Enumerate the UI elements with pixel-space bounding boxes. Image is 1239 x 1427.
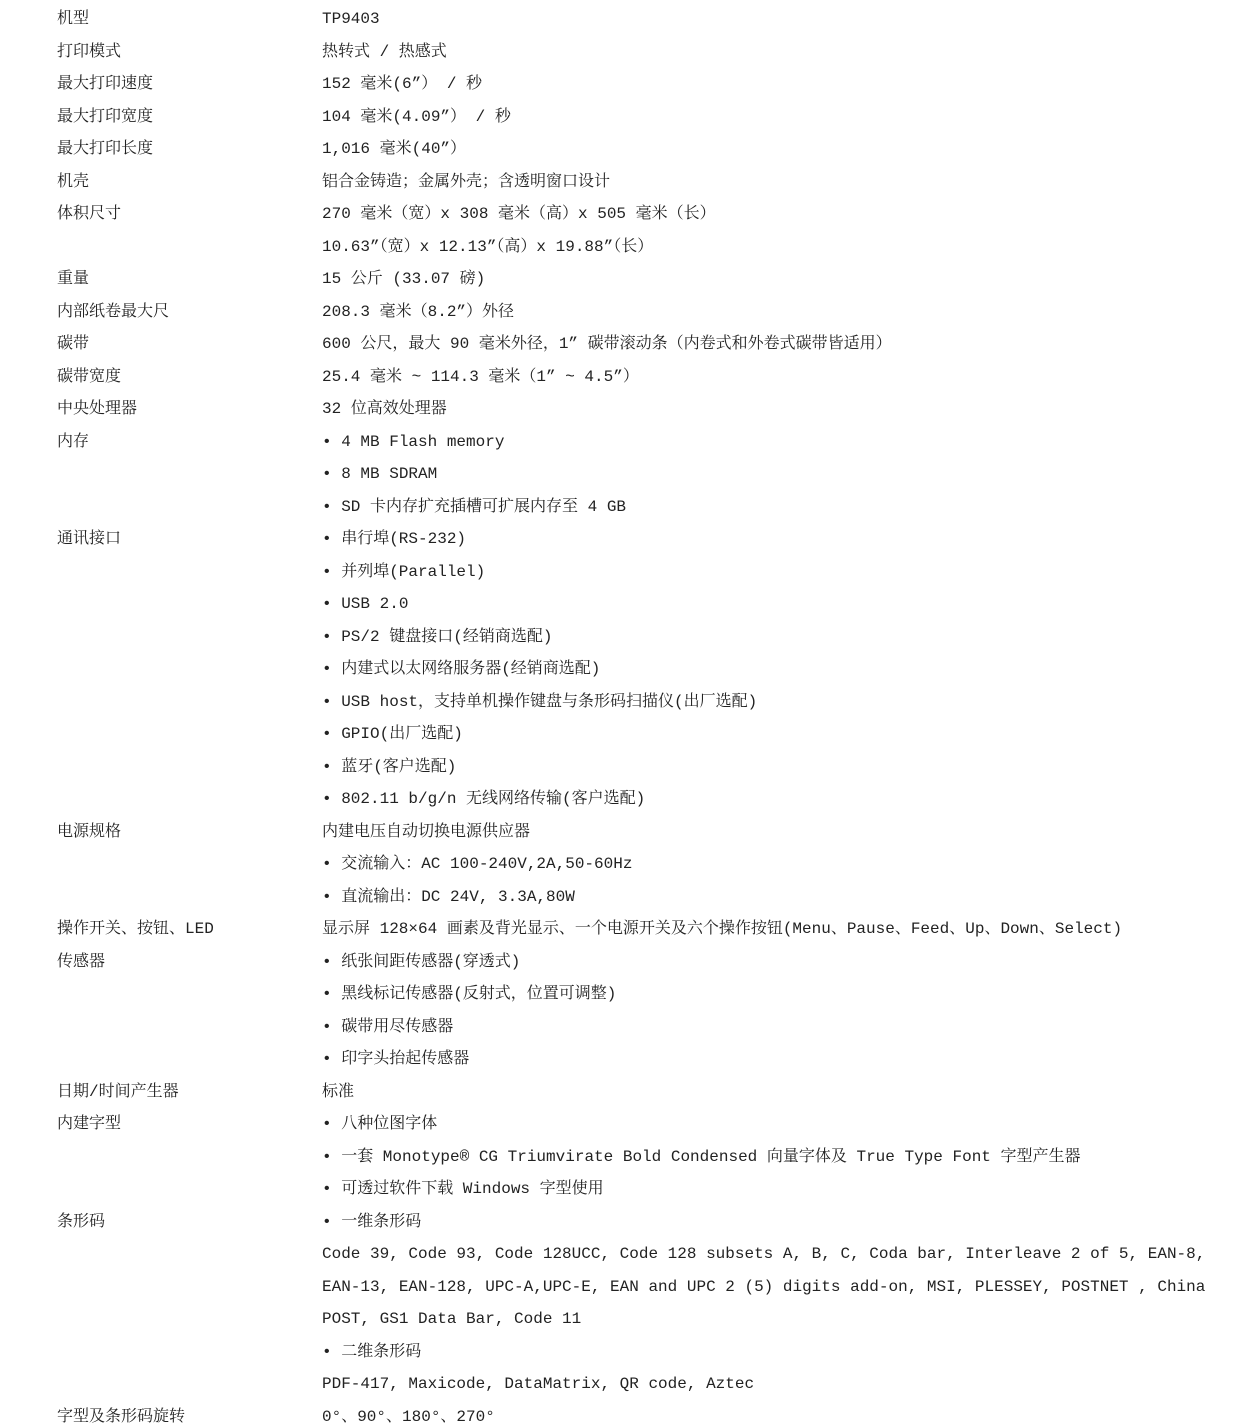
spec-value-lines: • 串行埠(RS-232)• 并列埠(Parallel)• USB 2.0• P… <box>322 523 1239 816</box>
spec-label: 电源规格 <box>57 816 322 849</box>
spec-value-lines: 32 位高效处理器 <box>322 393 1239 426</box>
spec-label: 打印模式 <box>57 36 322 69</box>
spec-value-line: 10.63”（宽）x 12.13”（高）x 19.88”（长） <box>322 231 1239 264</box>
spec-value-line: • 串行埠(RS-232) <box>322 523 1239 556</box>
spec-label: 内建字型 <box>57 1108 322 1141</box>
spec-row: 碳带宽度 25.4 毫米 ~ 114.3 毫米（1” ~ 4.5”） <box>57 361 1239 394</box>
spec-value-line: POST, GS1 Data Bar, Code 11 <box>322 1303 1239 1336</box>
spec-row: 日期/时间产生器 标准 <box>57 1076 1239 1109</box>
spec-value-line: • 8 MB SDRAM <box>322 458 1239 491</box>
spec-label: 日期/时间产生器 <box>57 1076 322 1109</box>
spec-value-lines: • 一维条形码Code 39, Code 93, Code 128UCC, Co… <box>322 1206 1239 1401</box>
spec-value-line: EAN-13, EAN-128, UPC-A,UPC-E, EAN and UP… <box>322 1271 1239 1304</box>
spec-value-line: • 一套 Monotype® CG Triumvirate Bold Conde… <box>322 1141 1239 1174</box>
spec-value-lines: • 纸张间距传感器(穿透式)• 黑线标记传感器(反射式，位置可调整)• 碳带用尽… <box>322 946 1239 1076</box>
spec-value-line: 600 公尺，最大 90 毫米外径，1” 碳带滚动条（内卷式和外卷式碳带皆适用） <box>322 328 1239 361</box>
spec-value-line: • 碳带用尽传感器 <box>322 1011 1239 1044</box>
spec-value-line: 32 位高效处理器 <box>322 393 1239 426</box>
spec-value-line: • 纸张间距传感器(穿透式) <box>322 946 1239 979</box>
spec-value-lines: TP9403 <box>322 3 1239 36</box>
spec-value-line: TP9403 <box>322 3 1239 36</box>
spec-label: 条形码 <box>57 1206 322 1239</box>
spec-value-line: • 4 MB Flash memory <box>322 426 1239 459</box>
spec-value-line: 铝合金铸造；金属外壳；含透明窗口设计 <box>322 166 1239 199</box>
spec-value-lines: 600 公尺，最大 90 毫米外径，1” 碳带滚动条（内卷式和外卷式碳带皆适用） <box>322 328 1239 361</box>
spec-value-lines: 270 毫米（宽）x 308 毫米（高）x 505 毫米（长）10.63”（宽）… <box>322 198 1239 263</box>
spec-value-line: • 可透过软件下载 Windows 字型使用 <box>322 1173 1239 1206</box>
spec-value-lines: • 4 MB Flash memory• 8 MB SDRAM• SD 卡内存扩… <box>322 426 1239 524</box>
spec-label: 通讯接口 <box>57 523 322 556</box>
spec-label: 内存 <box>57 426 322 459</box>
spec-label: 最大打印宽度 <box>57 101 322 134</box>
spec-value-line: 显示屏 128×64 画素及背光显示、一个电源开关及六个操作按钮(Menu、Pa… <box>322 913 1239 946</box>
spec-value-line: • 内建式以太网络服务器(经销商选配) <box>322 653 1239 686</box>
spec-value-lines: 热转式 / 热感式 <box>322 36 1239 69</box>
spec-row: 通讯接口 • 串行埠(RS-232)• 并列埠(Parallel)• USB 2… <box>57 523 1239 816</box>
spec-row: 最大打印宽度 104 毫米(4.09”） / 秒 <box>57 101 1239 134</box>
spec-value-line: 标准 <box>322 1076 1239 1109</box>
spec-label: 最大打印长度 <box>57 133 322 166</box>
spec-label: 碳带 <box>57 328 322 361</box>
spec-label: 重量 <box>57 263 322 296</box>
spec-value-line: 270 毫米（宽）x 308 毫米（高）x 505 毫米（长） <box>322 198 1239 231</box>
spec-value-line: 208.3 毫米（8.2”）外径 <box>322 296 1239 329</box>
spec-value-line: 15 公斤 (33.07 磅) <box>322 263 1239 296</box>
spec-row: 最大打印速度 152 毫米(6”） / 秒 <box>57 68 1239 101</box>
spec-value-line: • 二维条形码 <box>322 1336 1239 1369</box>
spec-value-line: • USB host，支持单机操作键盘与条形码扫描仪(出厂选配) <box>322 686 1239 719</box>
spec-value-line: 152 毫米(6”） / 秒 <box>322 68 1239 101</box>
spec-row: 机型 TP9403 <box>57 3 1239 36</box>
spec-row: 中央处理器 32 位高效处理器 <box>57 393 1239 426</box>
spec-value-lines: 104 毫米(4.09”） / 秒 <box>322 101 1239 134</box>
spec-row: 条形码 • 一维条形码Code 39, Code 93, Code 128UCC… <box>57 1206 1239 1401</box>
spec-value-line: 热转式 / 热感式 <box>322 36 1239 69</box>
spec-label: 字型及条形码旋转 <box>57 1401 322 1427</box>
spec-value-lines: • 八种位图字体• 一套 Monotype® CG Triumvirate Bo… <box>322 1108 1239 1206</box>
spec-value-line: • 黑线标记传感器(反射式，位置可调整) <box>322 978 1239 1011</box>
spec-value-line: • 蓝牙(客户选配) <box>322 751 1239 784</box>
spec-label: 操作开关、按钮、LED <box>57 913 322 946</box>
spec-row: 碳带 600 公尺，最大 90 毫米外径，1” 碳带滚动条（内卷式和外卷式碳带皆… <box>57 328 1239 361</box>
spec-row: 字型及条形码旋转 0°、90°、180°、270° <box>57 1401 1239 1427</box>
spec-value-lines: 208.3 毫米（8.2”）外径 <box>322 296 1239 329</box>
spec-value-lines: 标准 <box>322 1076 1239 1109</box>
spec-row: 内建字型 • 八种位图字体• 一套 Monotype® CG Triumvira… <box>57 1108 1239 1206</box>
spec-row: 传感器 • 纸张间距传感器(穿透式)• 黑线标记传感器(反射式，位置可调整)• … <box>57 946 1239 1076</box>
spec-row: 内部纸卷最大尺 208.3 毫米（8.2”）外径 <box>57 296 1239 329</box>
spec-value-line: • 印字头抬起传感器 <box>322 1043 1239 1076</box>
spec-value-line: • 一维条形码 <box>322 1206 1239 1239</box>
spec-value-line: PDF-417, Maxicode, DataMatrix, QR code, … <box>322 1368 1239 1401</box>
spec-value-lines: 0°、90°、180°、270° <box>322 1401 1239 1427</box>
spec-value-line: • 并列埠(Parallel) <box>322 556 1239 589</box>
spec-value-lines: 显示屏 128×64 画素及背光显示、一个电源开关及六个操作按钮(Menu、Pa… <box>322 913 1239 946</box>
spec-value-line: 104 毫米(4.09”） / 秒 <box>322 101 1239 134</box>
spec-row: 体积尺寸 270 毫米（宽）x 308 毫米（高）x 505 毫米（长）10.6… <box>57 198 1239 263</box>
spec-row: 机壳 铝合金铸造；金属外壳；含透明窗口设计 <box>57 166 1239 199</box>
spec-value-line: 0°、90°、180°、270° <box>322 1401 1239 1427</box>
spec-value-lines: 15 公斤 (33.07 磅) <box>322 263 1239 296</box>
spec-sheet: 机型 TP9403 打印模式 热转式 / 热感式 最大打印速度 152 毫米(6… <box>0 0 1239 1427</box>
spec-label: 最大打印速度 <box>57 68 322 101</box>
spec-value-line: • GPIO(出厂选配) <box>322 718 1239 751</box>
spec-value-lines: 内建电压自动切换电源供应器• 交流输入：AC 100-240V,2A,50-60… <box>322 816 1239 914</box>
spec-value-lines: 25.4 毫米 ~ 114.3 毫米（1” ~ 4.5”） <box>322 361 1239 394</box>
spec-label: 机壳 <box>57 166 322 199</box>
spec-label: 中央处理器 <box>57 393 322 426</box>
spec-value-lines: 1,016 毫米(40”） <box>322 133 1239 166</box>
spec-value-line: • 八种位图字体 <box>322 1108 1239 1141</box>
spec-value-lines: 152 毫米(6”） / 秒 <box>322 68 1239 101</box>
spec-value-line: • 直流输出：DC 24V, 3.3A,80W <box>322 881 1239 914</box>
spec-value-line: 内建电压自动切换电源供应器 <box>322 816 1239 849</box>
spec-row: 内存 • 4 MB Flash memory• 8 MB SDRAM• SD 卡… <box>57 426 1239 524</box>
spec-value-line: • SD 卡内存扩充插槽可扩展内存至 4 GB <box>322 491 1239 524</box>
spec-label: 碳带宽度 <box>57 361 322 394</box>
spec-label: 内部纸卷最大尺 <box>57 296 322 329</box>
spec-row: 重量 15 公斤 (33.07 磅) <box>57 263 1239 296</box>
spec-value-line: • PS/2 键盘接口(经销商选配) <box>322 621 1239 654</box>
spec-row: 电源规格 内建电压自动切换电源供应器• 交流输入：AC 100-240V,2A,… <box>57 816 1239 914</box>
spec-value-line: Code 39, Code 93, Code 128UCC, Code 128 … <box>322 1238 1239 1271</box>
spec-value-line: • USB 2.0 <box>322 588 1239 621</box>
spec-value-line: 25.4 毫米 ~ 114.3 毫米（1” ~ 4.5”） <box>322 361 1239 394</box>
spec-row: 打印模式 热转式 / 热感式 <box>57 36 1239 69</box>
spec-row: 最大打印长度 1,016 毫米(40”） <box>57 133 1239 166</box>
spec-value-lines: 铝合金铸造；金属外壳；含透明窗口设计 <box>322 166 1239 199</box>
spec-label: 体积尺寸 <box>57 198 322 231</box>
spec-label: 传感器 <box>57 946 322 979</box>
spec-row: 操作开关、按钮、LED 显示屏 128×64 画素及背光显示、一个电源开关及六个… <box>57 913 1239 946</box>
spec-value-line: 1,016 毫米(40”） <box>322 133 1239 166</box>
spec-value-line: • 802.11 b/g/n 无线网络传输(客户选配) <box>322 783 1239 816</box>
spec-label: 机型 <box>57 3 322 36</box>
spec-value-line: • 交流输入：AC 100-240V,2A,50-60Hz <box>322 848 1239 881</box>
